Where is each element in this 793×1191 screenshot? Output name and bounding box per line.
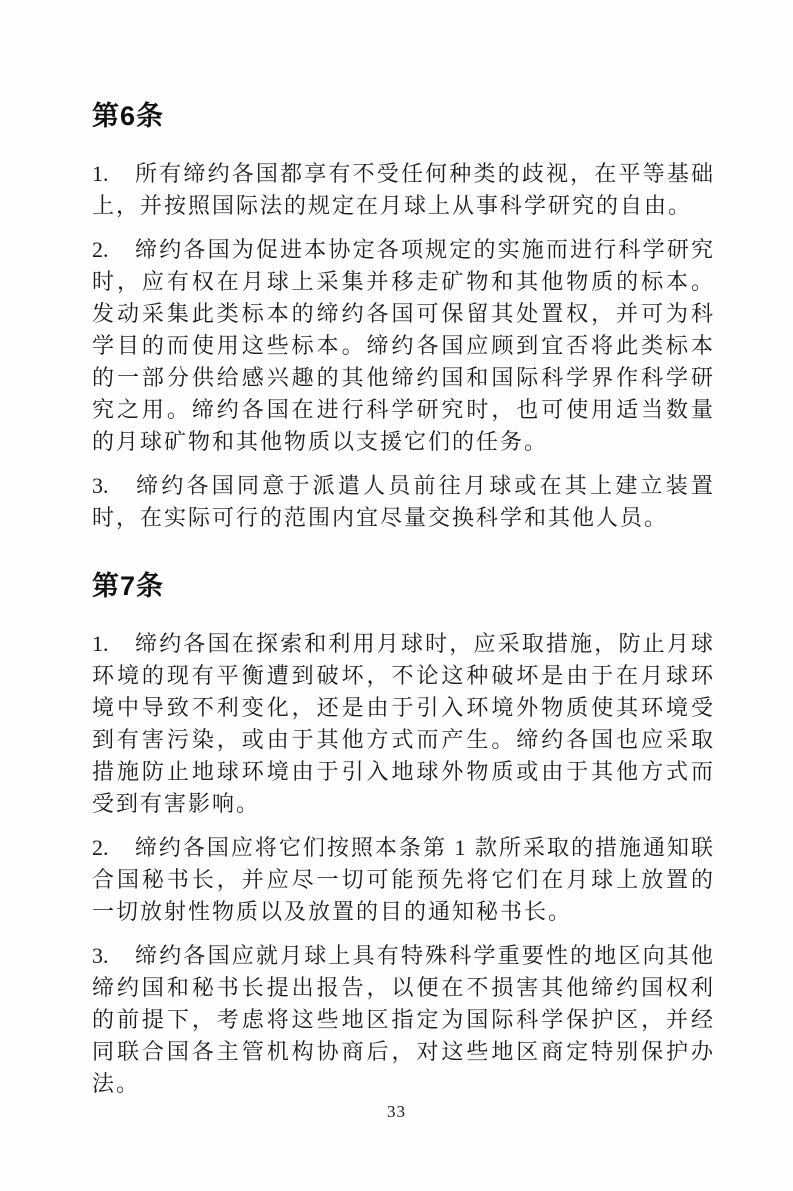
article-7-heading: 第7条 [92,570,715,602]
article-6-heading: 第6条 [92,100,715,132]
paragraph-number: 2. [92,234,109,266]
paragraph-text: 缔约各国在探索和利用月球时，应采取措施，防止月球环境的现有平衡遭到破坏，不论这种… [92,631,715,816]
paragraph-text: 所有缔约各国都享有不受任何种类的歧视，在平等基础上，并按照国际法的规定在月球上从… [92,161,715,218]
paragraph-text: 缔约各国同意于派遣人员前往月球或在其上建立装置时，在实际可行的范围内宜尽量交换科… [92,473,715,530]
article-7-section: 第7条 1.缔约各国在探索和利用月球时，应采取措施，防止月球环境的现有平衡遭到破… [92,570,715,1100]
article-7-paragraph-2: 2.缔约各国应将它们按照本条第 1 款所采取的措施通知联合国秘书长，并应尽一切可… [92,832,715,928]
paragraph-text: 缔约各国为促进本协定各项规定的实施而进行科学研究时，应有权在月球上采集并移走矿物… [92,237,715,454]
article-7-paragraph-1: 1.缔约各国在探索和利用月球时，应采取措施，防止月球环境的现有平衡遭到破坏，不论… [92,628,715,820]
paragraph-text: 缔约各国应就月球上具有特殊科学重要性的地区向其他缔约国和秘书长提出报告，以便在不… [92,943,715,1096]
article-6-paragraph-1: 1.所有缔约各国都享有不受任何种类的歧视，在平等基础上，并按照国际法的规定在月球… [92,158,715,222]
paragraph-number: 1. [92,628,109,660]
paragraph-number: 1. [92,158,109,190]
paragraph-text: 缔约各国应将它们按照本条第 1 款所采取的措施通知联合国秘书长，并应尽一切可能预… [92,835,715,924]
article-6-section: 第6条 1.所有缔约各国都享有不受任何种类的歧视，在平等基础上，并按照国际法的规… [92,100,715,534]
paragraph-number: 3. [92,470,109,502]
article-6-paragraph-3: 3.缔约各国同意于派遣人员前往月球或在其上建立装置时，在实际可行的范围内宜尽量交… [92,470,715,534]
article-7-paragraph-3: 3.缔约各国应就月球上具有特殊科学重要性的地区向其他缔约国和秘书长提出报告，以便… [92,940,715,1100]
paragraph-number: 2. [92,832,109,864]
paragraph-number: 3. [92,940,109,972]
article-6-paragraph-2: 2.缔约各国为促进本协定各项规定的实施而进行科学研究时，应有权在月球上采集并移走… [92,234,715,458]
document-page: 第6条 1.所有缔约各国都享有不受任何种类的歧视，在平等基础上，并按照国际法的规… [0,0,793,1191]
page-number: 33 [0,1102,793,1122]
